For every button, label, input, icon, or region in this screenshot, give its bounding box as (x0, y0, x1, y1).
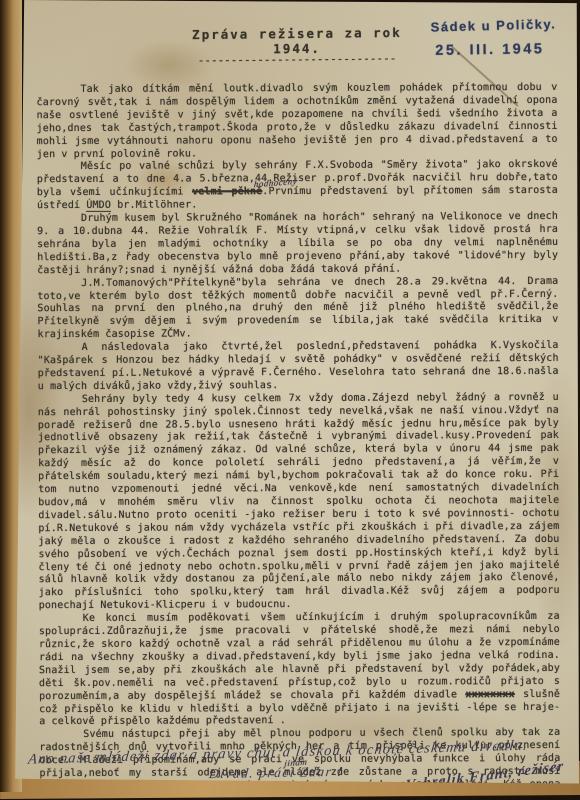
handwritten-slogan: Divad. práci Zdar ! (208, 764, 344, 782)
paragraph: Měsíc po valné schůzi byly sehrány F.X.S… (37, 159, 558, 213)
text-segment: J.M.Tomanových"Přítelkyně"byla sehrána v… (37, 275, 558, 340)
corrected-text: velmi pěkněhodnocený (192, 186, 262, 197)
stamp-date-text: 25. III. 1945 (436, 41, 558, 59)
text-segment: A následovala jako čtvrté,žel poslední,p… (38, 340, 559, 392)
paragraph: J.M.Tomanových"Přítelkyně"byla sehrána v… (37, 275, 558, 342)
stamp-place-text: Sádek u Poličky. (431, 16, 557, 34)
struck-text: xxxxxxxx (465, 689, 514, 700)
paragraph: Druhým kusem byl Skružného "Románek na h… (37, 211, 558, 278)
text-segment: Sehrány byly tedy 4 kusy celkem 7x vždy … (38, 392, 560, 612)
document-photo: Zpráva režisera za rok 1944. -----------… (0, 0, 580, 800)
paragraph: Tak jako dítkám mění loutk.divadlo svým … (36, 82, 557, 162)
paragraph: Ke konci musím poděkovati všem učínkujíc… (39, 611, 561, 729)
paragraph: A následovala jako čtvrté,žel poslední,p… (38, 340, 559, 394)
text-segment: Tak jako dítkám mění loutk.divadlo svým … (36, 82, 557, 160)
text-segment: Druhým kusem byl Skružného "Románek na h… (37, 211, 558, 276)
title-underline: ------------------------------ (176, 52, 416, 68)
underlined-text: ÚMDO (86, 200, 111, 212)
date-stamp: Sádek u Poličky. 25. III. 1945 (431, 16, 558, 59)
paper: Zpráva režisera za rok 1944. -----------… (14, 0, 579, 789)
paragraph: Sehrány byly tedy 4 kusy celkem 7x vždy … (38, 392, 560, 614)
report-body: Tak jako dítkám mění loutk.divadlo svým … (36, 82, 560, 789)
text-segment: br.Mitlöhner. (111, 200, 197, 211)
